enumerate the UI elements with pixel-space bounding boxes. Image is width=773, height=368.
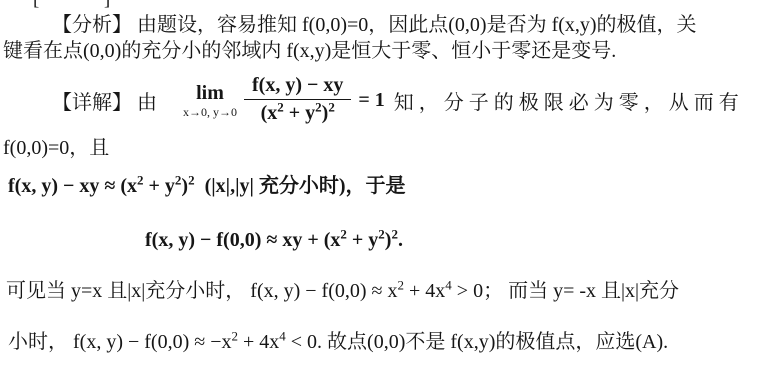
- fraction-numerator: f(x, y) − xy: [244, 74, 351, 100]
- lim-subscript: x→0, y→0: [183, 106, 237, 118]
- clipped-previous-line-fragment: [ ⋯ ]: [33, 0, 119, 12]
- centered-formula: f(x, y) − f(0,0) ≈ xy + (x2 + y2)2.: [145, 228, 403, 253]
- detail-formula-row: 【详解】 由 lim x→0, y→0 f(x, y) − xy (x2 + y…: [0, 72, 744, 128]
- limit-operator: lim x→0, y→0: [183, 83, 237, 118]
- approximation-line: f(x, y) − xy ≈ (x2 + y2)2 (|x|,|y| 充分小时)…: [8, 174, 406, 199]
- conclusion-line-2: 小时， f(x, y) − f(0,0) ≈ −x2 + 4x4 < 0. 故点…: [8, 330, 668, 355]
- lim-text: lim: [196, 83, 224, 103]
- equals-one: = 1: [358, 89, 384, 112]
- document-page: [ ⋯ ] 【分析】 由题设，容易推知 f(0,0)=0，因此点(0,0)是否为…: [0, 0, 773, 368]
- detail-after-text: 知，分子的极限必为零，从而有: [394, 86, 744, 115]
- fraction: f(x, y) − xy (x2 + y2)2: [244, 74, 351, 126]
- analysis-line-2: 键看在点(0,0)的充分小的邻域内 f(x,y)是恒大于零、恒小于零还是变号.: [3, 39, 616, 64]
- conclusion-line-1: 可见当 y=x 且|x|充分小时， f(x, y) − f(0,0) ≈ x2 …: [6, 279, 679, 304]
- fraction-denominator: (x2 + y2)2: [261, 100, 335, 126]
- f00-line: f(0,0)=0，且: [3, 136, 109, 161]
- detail-label: 【详解】 由: [52, 86, 157, 115]
- analysis-line-1: 【分析】 由题设，容易推知 f(0,0)=0，因此点(0,0)是否为 f(x,y…: [52, 13, 697, 38]
